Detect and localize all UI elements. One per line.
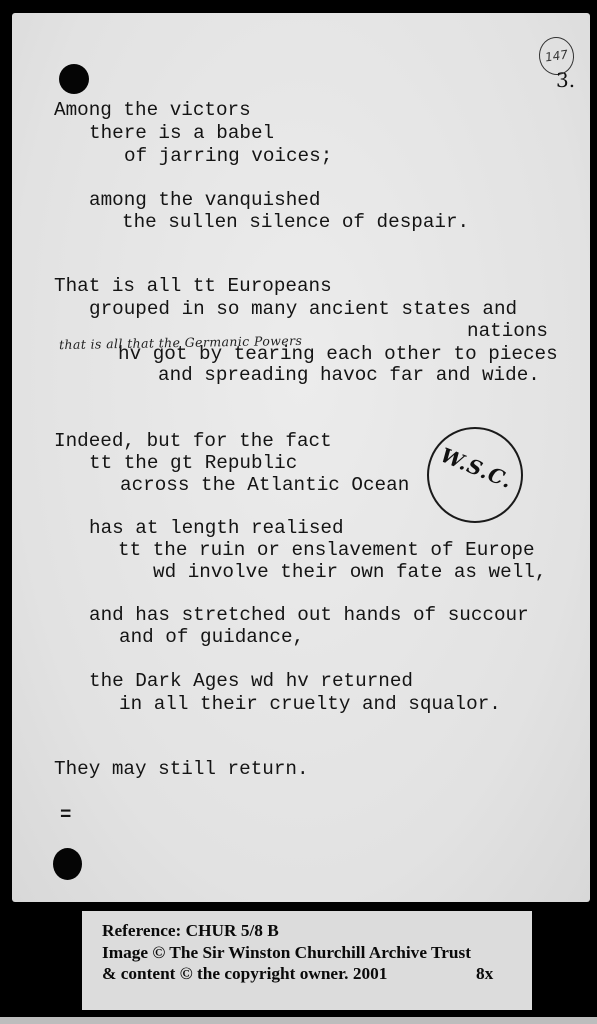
typed-line: there is a babel	[89, 124, 274, 143]
magnification: 8x	[476, 963, 493, 985]
content-credit-line: & content © the copyright owner. 2001	[102, 963, 532, 985]
typed-line: and of guidance,	[119, 628, 304, 647]
bottom-strip	[0, 1017, 597, 1024]
typed-line: nations	[467, 322, 548, 341]
typed-line: tt the gt Republic	[89, 454, 297, 473]
typed-line: grouped in so many ancient states and	[89, 300, 517, 319]
typed-line: the Dark Ages wd hv returned	[89, 672, 413, 691]
typed-line: They may still return.	[54, 760, 309, 779]
typed-line: That is all tt Europeans	[54, 277, 332, 296]
wsc-stamp: W.S.C.	[427, 427, 523, 523]
typed-line: Among the victors	[54, 101, 251, 120]
typed-line: and spreading havoc far and wide.	[158, 366, 540, 385]
typed-line: across the Atlantic Ocean	[120, 476, 409, 495]
punch-hole-bottom	[53, 848, 82, 880]
typed-line: wd involve their own fate as well,	[153, 563, 546, 582]
typed-line: tt the ruin or enslavement of Europe	[118, 541, 535, 560]
stamp-text: W.S.C.	[437, 443, 516, 494]
typed-line: has at length realised	[89, 519, 344, 538]
typed-line: of jarring voices;	[124, 147, 332, 166]
typed-line: among the vanquished	[89, 191, 320, 210]
typed-line: and has stretched out hands of succour	[89, 606, 529, 625]
typed-line: Indeed, but for the fact	[54, 432, 332, 451]
typed-line: in all their cruelty and squalor.	[119, 695, 501, 714]
punch-hole-top	[59, 64, 89, 94]
end-mark: =	[60, 804, 71, 826]
typescript-page: 147 3. Among the victorsthere is a babel…	[12, 13, 590, 902]
image-credit-line: Image © The Sir Winston Churchill Archiv…	[102, 942, 532, 964]
reference-line: Reference: CHUR 5/8 B	[102, 920, 532, 942]
page-number: 3.	[556, 70, 575, 90]
archive-caption: Reference: CHUR 5/8 B Image © The Sir Wi…	[82, 911, 532, 1010]
typed-line: the sullen silence of despair.	[122, 213, 469, 232]
